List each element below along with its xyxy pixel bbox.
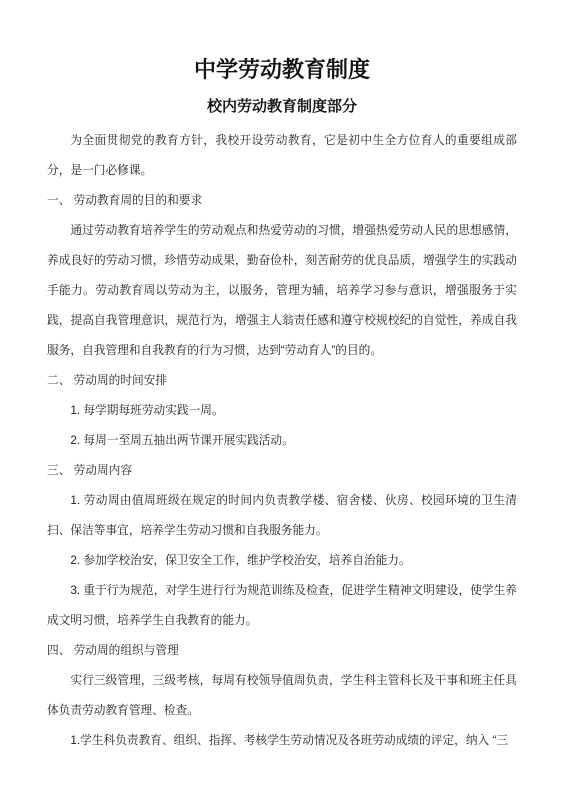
- document-paragraph: 实行三级管理，三级考核，每周有校领导值周负责，学生科主管科长及干事和班主任具体负…: [47, 666, 517, 726]
- document-paragraph: 2. 参加学校治安，保卫安全工作，维护学校治安，培养自治能力。: [47, 546, 517, 576]
- document-paragraph: 3. 重于行为规范，对学生进行行为规范训练及检查，促进学生精神文明建设，使学生养…: [47, 576, 517, 636]
- section-heading: 四、 劳动周的组织与管理: [47, 636, 517, 666]
- document-paragraph: 1.学生科负责教育、组织、指挥、考核学生劳动情况及各班劳动成绩的评定，纳入 “三: [47, 726, 517, 756]
- document-subtitle: 校内劳动教育制度部分: [47, 98, 517, 116]
- document-body: 为全面贯彻党的教育方针，我校开设劳动教育，它是初中生全方位育人的重要组成部分，是…: [47, 126, 517, 756]
- document-paragraph: 1. 劳动周由值周班级在规定的时间内负责教学楼、宿舍楼、伙房、校园环境的卫生清扫…: [47, 486, 517, 546]
- section-heading: 三、 劳动周内容: [47, 456, 517, 486]
- document-paragraph: 通过劳动教育培养学生的劳动观点和热爱劳动的习惯，增强热爱劳动人民的思想感情，养成…: [47, 216, 517, 366]
- document-page: 中学劳动教育制度 校内劳动教育制度部分 为全面贯彻党的教育方针，我校开设劳动教育…: [0, 0, 564, 796]
- section-heading: 一、 劳动教育周的目的和要求: [47, 186, 517, 216]
- document-content: 中学劳动教育制度 校内劳动教育制度部分 为全面贯彻党的教育方针，我校开设劳动教育…: [0, 0, 564, 756]
- document-paragraph: 1. 每学期每班劳动实践一周。: [47, 396, 517, 426]
- document-paragraph: 2. 每周一至周五抽出两节课开展实践活动。: [47, 426, 517, 456]
- section-heading: 二、 劳动周的时间安排: [47, 366, 517, 396]
- document-paragraph: 为全面贯彻党的教育方针，我校开设劳动教育，它是初中生全方位育人的重要组成部分，是…: [47, 126, 517, 186]
- document-title: 中学劳动教育制度: [47, 56, 517, 84]
